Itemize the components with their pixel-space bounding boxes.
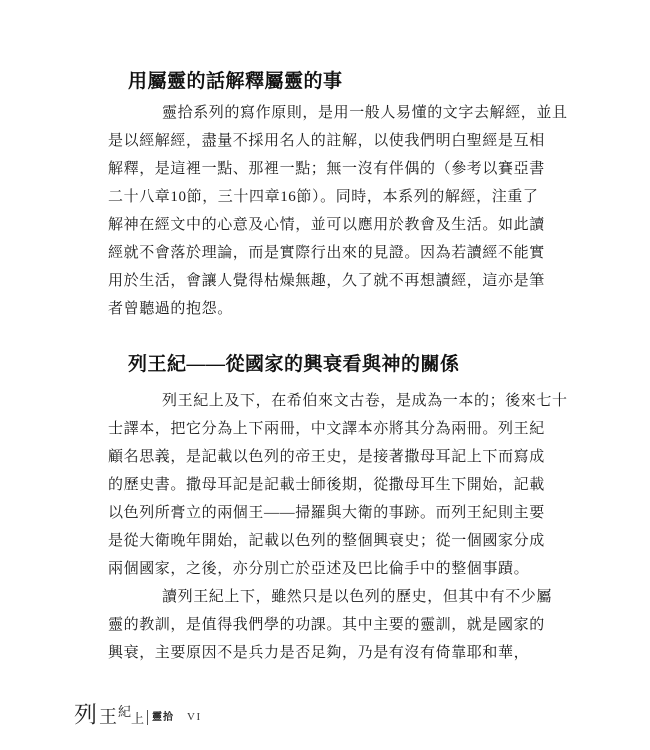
section-heading-interpret-spiritual: 用屬靈的話解釋屬靈的事 [128,69,590,95]
book-title-char-3: 紀 [118,705,131,718]
series-label: 靈拾 [152,713,174,723]
body-paragraph: 靈拾系列的寫作原則，是用一般人易懂的文字去解經，並且 是以經解經，盡量不採用名人… [108,99,590,323]
page-number: VI [187,712,202,723]
page-content: 用屬靈的話解釋屬靈的事 靈拾系列的寫作原則，是用一般人易懂的文字去解經，並且 是… [108,69,590,667]
section-preface-principles: 用屬靈的話解釋屬靈的事 靈拾系列的寫作原則，是用一般人易懂的文字去解經，並且 是… [108,69,590,323]
book-title-char-2: 王 [99,708,117,726]
book-title-char-4: 上 [131,712,144,725]
footer-divider [147,710,148,725]
section-heading-kings-rise-fall: 列王紀——從國家的興衰看與神的關係 [128,352,590,378]
book-page: 用屬靈的話解釋屬靈的事 靈拾系列的寫作原則，是用一般人易懂的文字去解經，並且 是… [0,0,650,750]
book-title-char-1: 列 [74,703,97,726]
section-kings-overview: 列王紀——從國家的興衰看與神的關係 列王紀上及下，在希伯來文古卷，是成為一本的；… [108,352,590,667]
page-footer: 列 王 紀 上 靈拾 VI [74,699,202,726]
body-paragraph: 讀列王紀上下，雖然只是以色列的歷史，但其中有不少屬 靈的教訓，是值得我們學的功課… [108,583,590,667]
body-paragraph: 列王紀上及下，在希伯來文古卷，是成為一本的；後來七十 士譯本，把它分為上下兩冊，… [108,387,590,583]
